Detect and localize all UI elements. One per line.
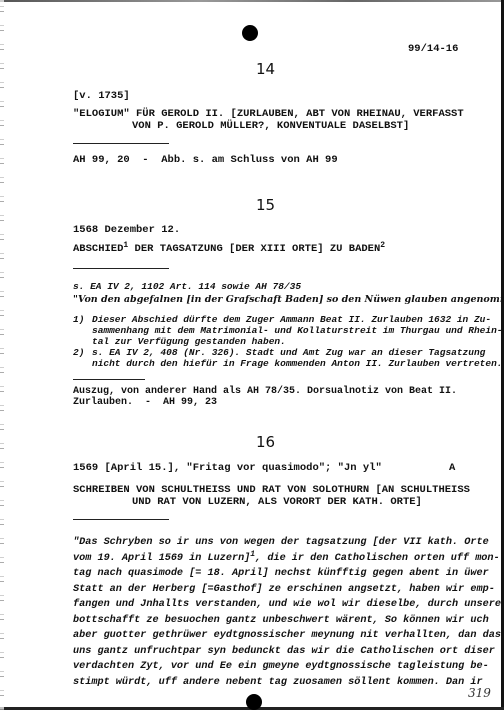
footnote-1-line1: Dieser Abschied dürfte dem Zuger Ammann … (92, 314, 491, 325)
footnote-2-line2: nicht durch den hiefür in Frage kommende… (92, 358, 502, 369)
entry-15-title: ABSCHIED1 DER TAGSATZUNG [DER XIII ORTE]… (73, 243, 385, 256)
entry-number-15: 15 (256, 196, 275, 214)
divider (73, 268, 169, 269)
body-line: fangen und Jnhallts verstanden, und wie … (73, 599, 501, 610)
entry-14-title-line2: VON P. GEROLD MÜLLER?, KONVENTUALE DASEL… (132, 120, 409, 133)
footnote-1-line2: sammenhang mit dem Matrimonial- und Koll… (92, 325, 502, 336)
footnote-1-marker: 1) (73, 314, 84, 325)
scan-top-edge (0, 0, 504, 2)
entry-15-date: 1568 Dezember 12. (73, 224, 180, 237)
body-line: "Das Schryben so ir uns von wegen der ta… (73, 537, 489, 548)
entry-15-note-line1: Auszug, von anderer Hand als AH 78/35. D… (73, 386, 457, 397)
document-page: 99/14-16 14 [v. 1735] "ELOGIUM" FÜR GERO… (0, 0, 504, 710)
footnote-2-line1: s. EA IV 2, 408 (Nr. 326). Stadt und Amt… (92, 347, 485, 358)
divider (73, 143, 169, 144)
archive-reference: 99/14-16 (408, 43, 458, 56)
entry-14-date: [v. 1735] (73, 90, 130, 103)
punch-hole-top (242, 25, 258, 41)
entry-15-reference: s. EA IV 2, 1102 Art. 114 sowie AH 78/35 (73, 280, 301, 293)
entry-16-marker: A (449, 462, 455, 475)
entry-16-date: 1569 [April 15.], "Fritag vor quasimodo"… (73, 462, 382, 475)
entry-15-title-rest: DER TAGSATZUNG [DER XIII ORTE] ZU BADEN (128, 243, 380, 255)
entry-16-body: "Das Schryben so ir uns von wegen der ta… (73, 535, 501, 690)
divider (73, 519, 169, 520)
entry-16-title-line2: UND RAT VON LUZERN, ALS VORORT DER KATH.… (132, 496, 422, 509)
entry-14-note: AH 99, 20 - Abb. s. am Schluss von AH 99 (73, 154, 338, 167)
body-line: verdachten Zyt, vor und Ee ein gmeyne ey… (73, 661, 489, 672)
entry-15-note-line2: Zurlauben. - AH 99, 23 (73, 397, 217, 408)
body-line: aber guotter gethrüwer eydtgnossischer m… (73, 630, 501, 641)
body-line: stimpt würdt, uff andere nebent tag zuos… (73, 677, 483, 688)
body-line: tag nach quasimode [= 18. April] nechst … (73, 568, 489, 579)
body-line: bottschafft ze besuochen gantz unbeschwe… (73, 615, 489, 626)
body-line: uns gantz unfruchtpar syn bedunckt das w… (73, 646, 495, 657)
footnote-ref-2: 2 (380, 241, 385, 250)
entry-15-title-main: ABSCHIED (73, 243, 123, 255)
punch-hole-bottom (246, 694, 262, 710)
body-line: vom 19. April 1569 in Luzern] (73, 553, 250, 564)
divider (73, 379, 145, 380)
entry-number-16: 16 (256, 433, 275, 451)
body-line-cont: , die ir den Catholischen orten uff mon- (255, 553, 500, 564)
footnote-1-line3: tal zur Verfügung gestanden haben. (92, 336, 286, 347)
scan-left-edge (0, 0, 4, 710)
footnote-2-marker: 2) (73, 347, 84, 358)
entry-15-quote: "Von den abgefalnen [in der Grafschaft B… (73, 293, 504, 306)
body-line: Statt an der Herberg [=Gasthof] ze ersch… (73, 584, 495, 595)
entry-number-14: 14 (256, 60, 275, 78)
handwritten-page-number: 319 (468, 686, 491, 700)
